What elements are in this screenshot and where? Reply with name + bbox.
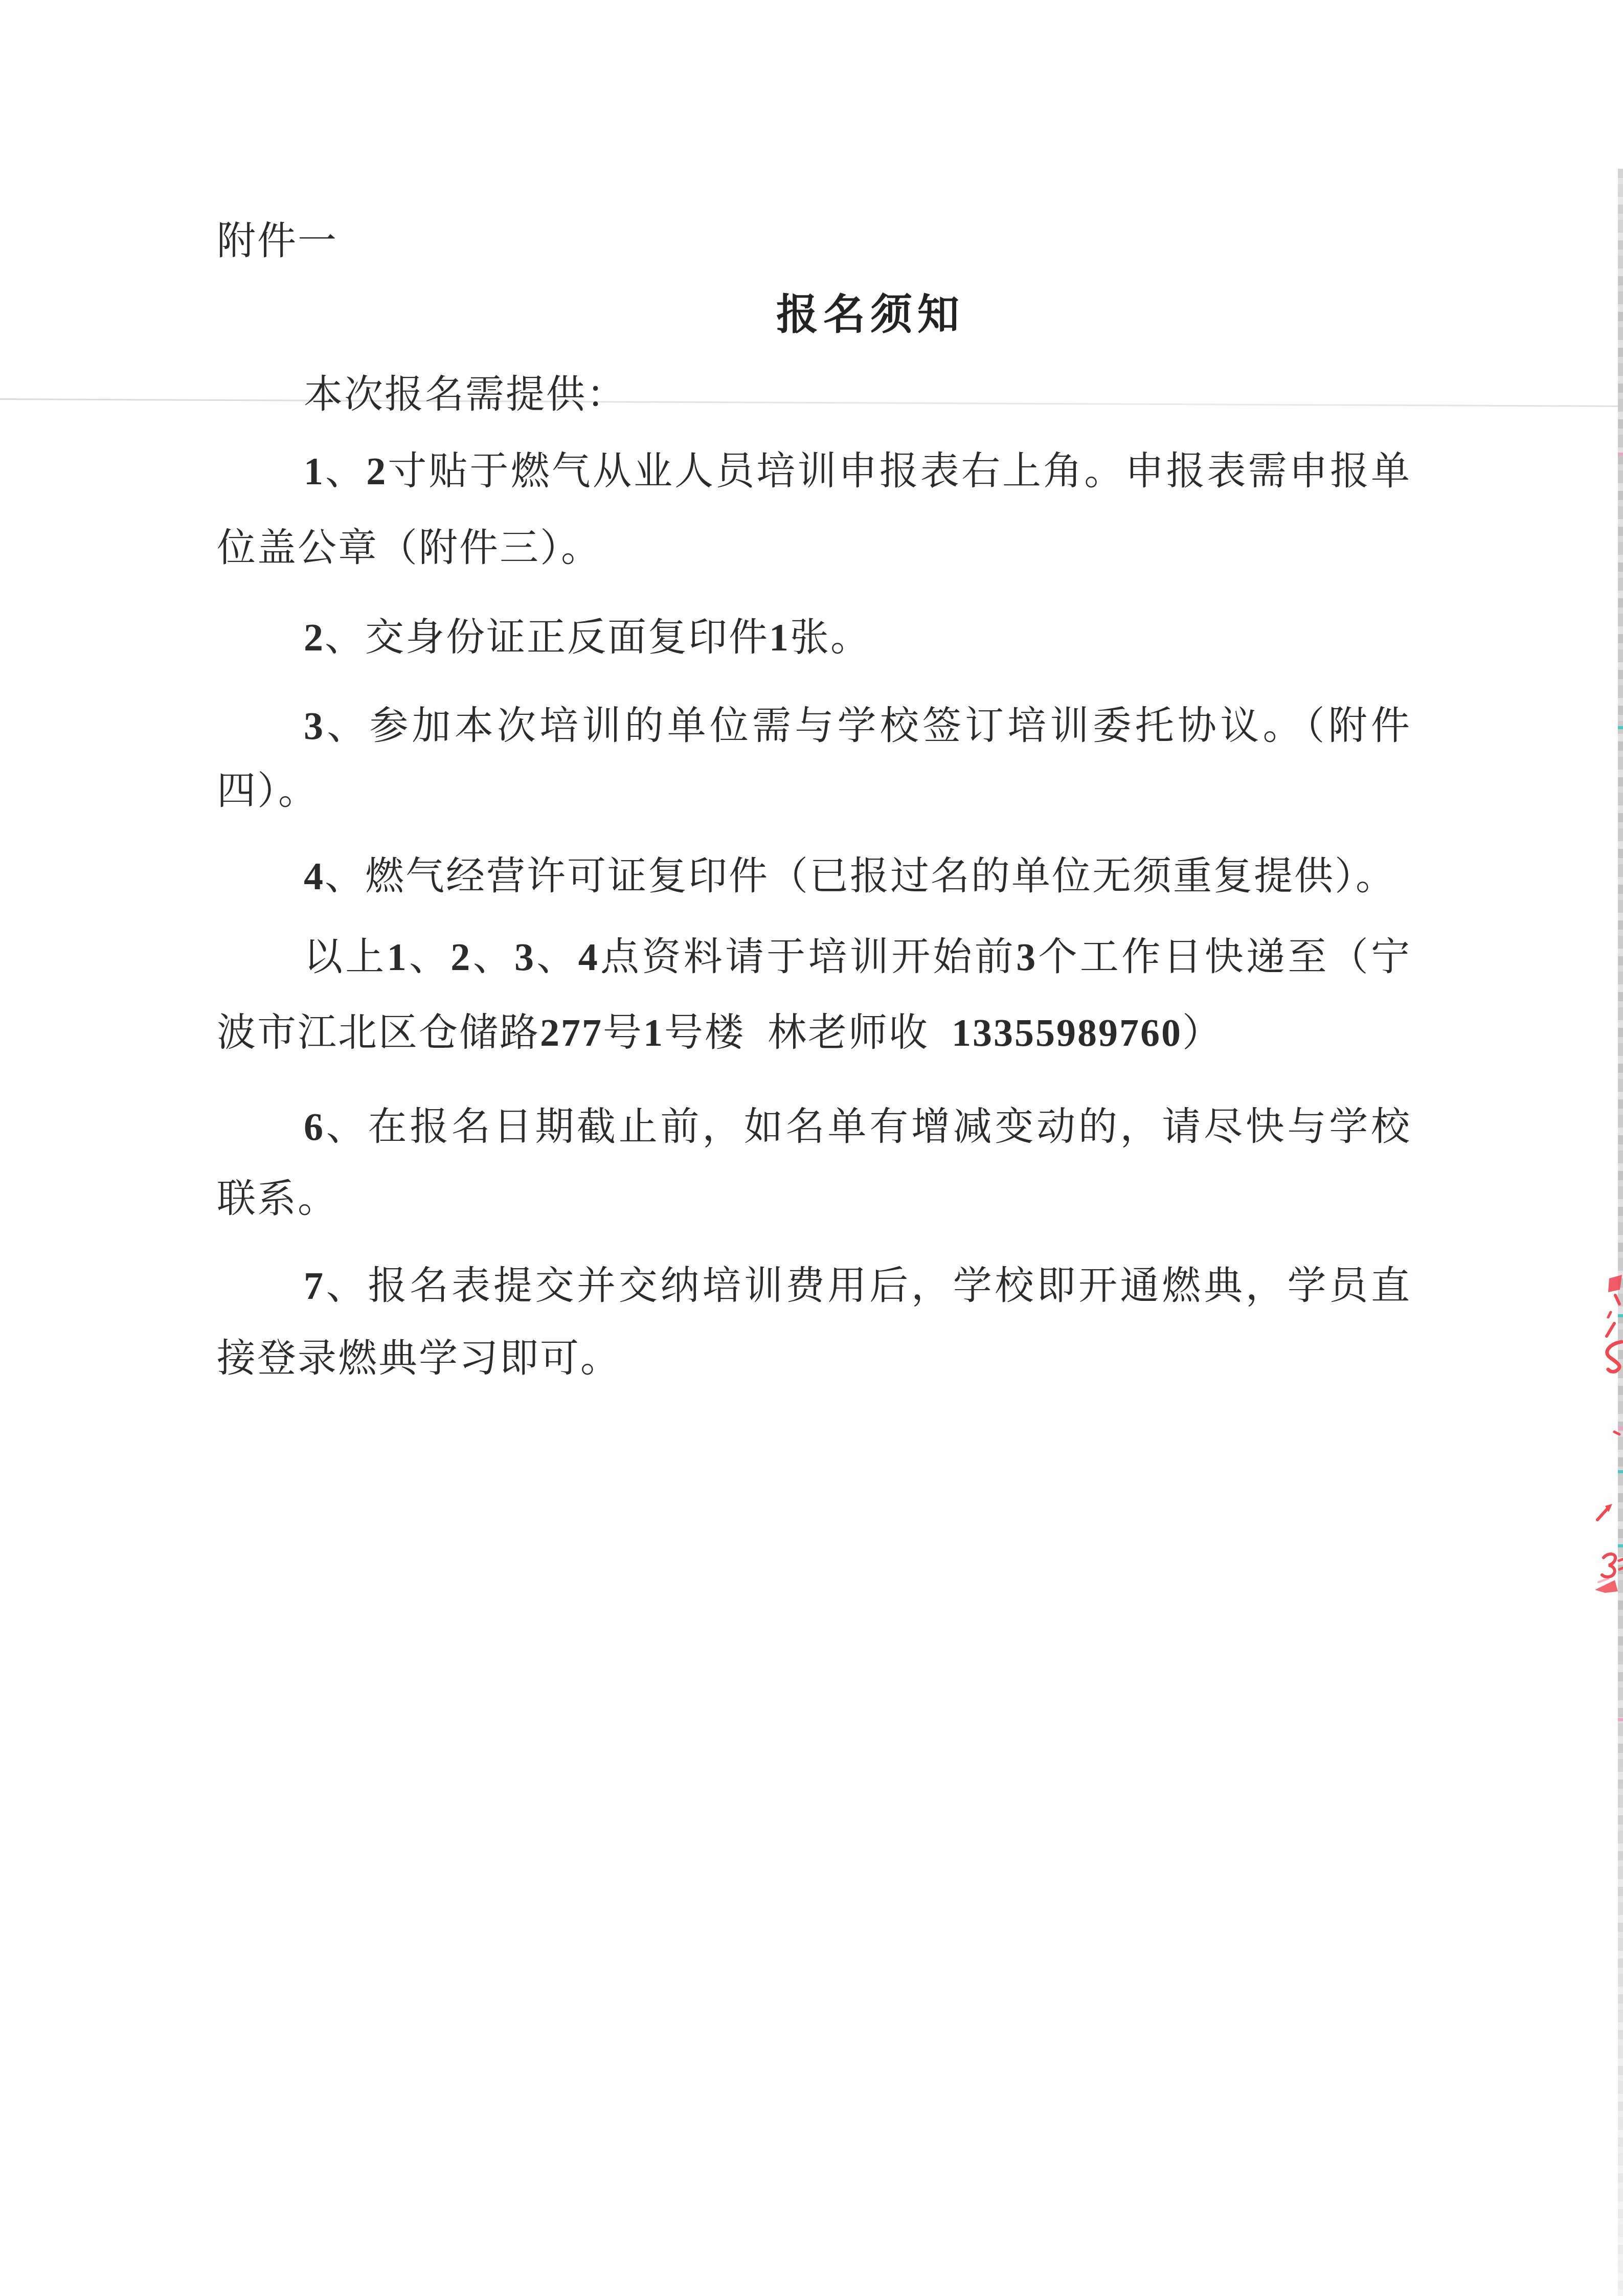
red-digit-3 xyxy=(1602,1554,1615,1577)
text-line: 接登录燃典学习即可。 xyxy=(217,1337,1411,1381)
red-dash xyxy=(1608,1312,1611,1317)
text-line: 4、燃气经营许可证复印件（已报过名的单位无须重复提供）。 xyxy=(217,855,1411,898)
page-title: 报名须知 xyxy=(273,291,1468,339)
red-dash xyxy=(1615,1295,1619,1304)
text-line: 联系。 xyxy=(217,1178,1411,1221)
text-line: 3、参加本次培训的单位需与学校签订培训委托协议。（附件 xyxy=(217,705,1411,748)
edge-fleck xyxy=(1618,1718,1623,1721)
red-dash xyxy=(1614,1432,1619,1434)
edge-fleck xyxy=(1618,453,1623,456)
red-ink-blob xyxy=(1608,1275,1622,1292)
scanned-document-page: 附件一报名须知本次报名需提供：1、2寸贴于燃气从业人员培训申报表右上角。申报表需… xyxy=(0,0,1623,2296)
text-line: 本次报名需提供： xyxy=(217,373,1411,417)
text-line: 附件一 xyxy=(217,220,1411,263)
text-line: 四）。 xyxy=(217,770,1411,813)
red-digit-clipped xyxy=(1619,1559,1623,1569)
text-line: 7、报名表提交并交纳培训费用后，学校即开通燃典，学员直 xyxy=(217,1265,1411,1308)
text-line: 波市江北区仓储路277号1号楼 林老师收 13355989760） xyxy=(217,1011,1411,1055)
edge-fleck xyxy=(1618,726,1623,729)
text-line: 以上1、2、3、4点资料请于培训开始前3个工作日快递至（宁 xyxy=(217,936,1411,979)
red-smudge-tail xyxy=(1598,1579,1609,1582)
text-line: 位盖公章（附件三）。 xyxy=(217,527,1411,570)
text-line: 1、2寸贴于燃气从业人员培训申报表右上角。申报表需申报单 xyxy=(217,450,1411,493)
red-scribble xyxy=(1607,1342,1621,1371)
text-line: 2、交身份证正反面复印件1张。 xyxy=(217,616,1411,660)
red-pen-annotations xyxy=(1534,1227,1623,1616)
red-dash xyxy=(1607,1323,1614,1336)
text-line: 6、在报名日期截止前，如名单有增减变动的，请尽快与学校 xyxy=(217,1106,1411,1149)
red-arrow xyxy=(1597,1509,1607,1520)
